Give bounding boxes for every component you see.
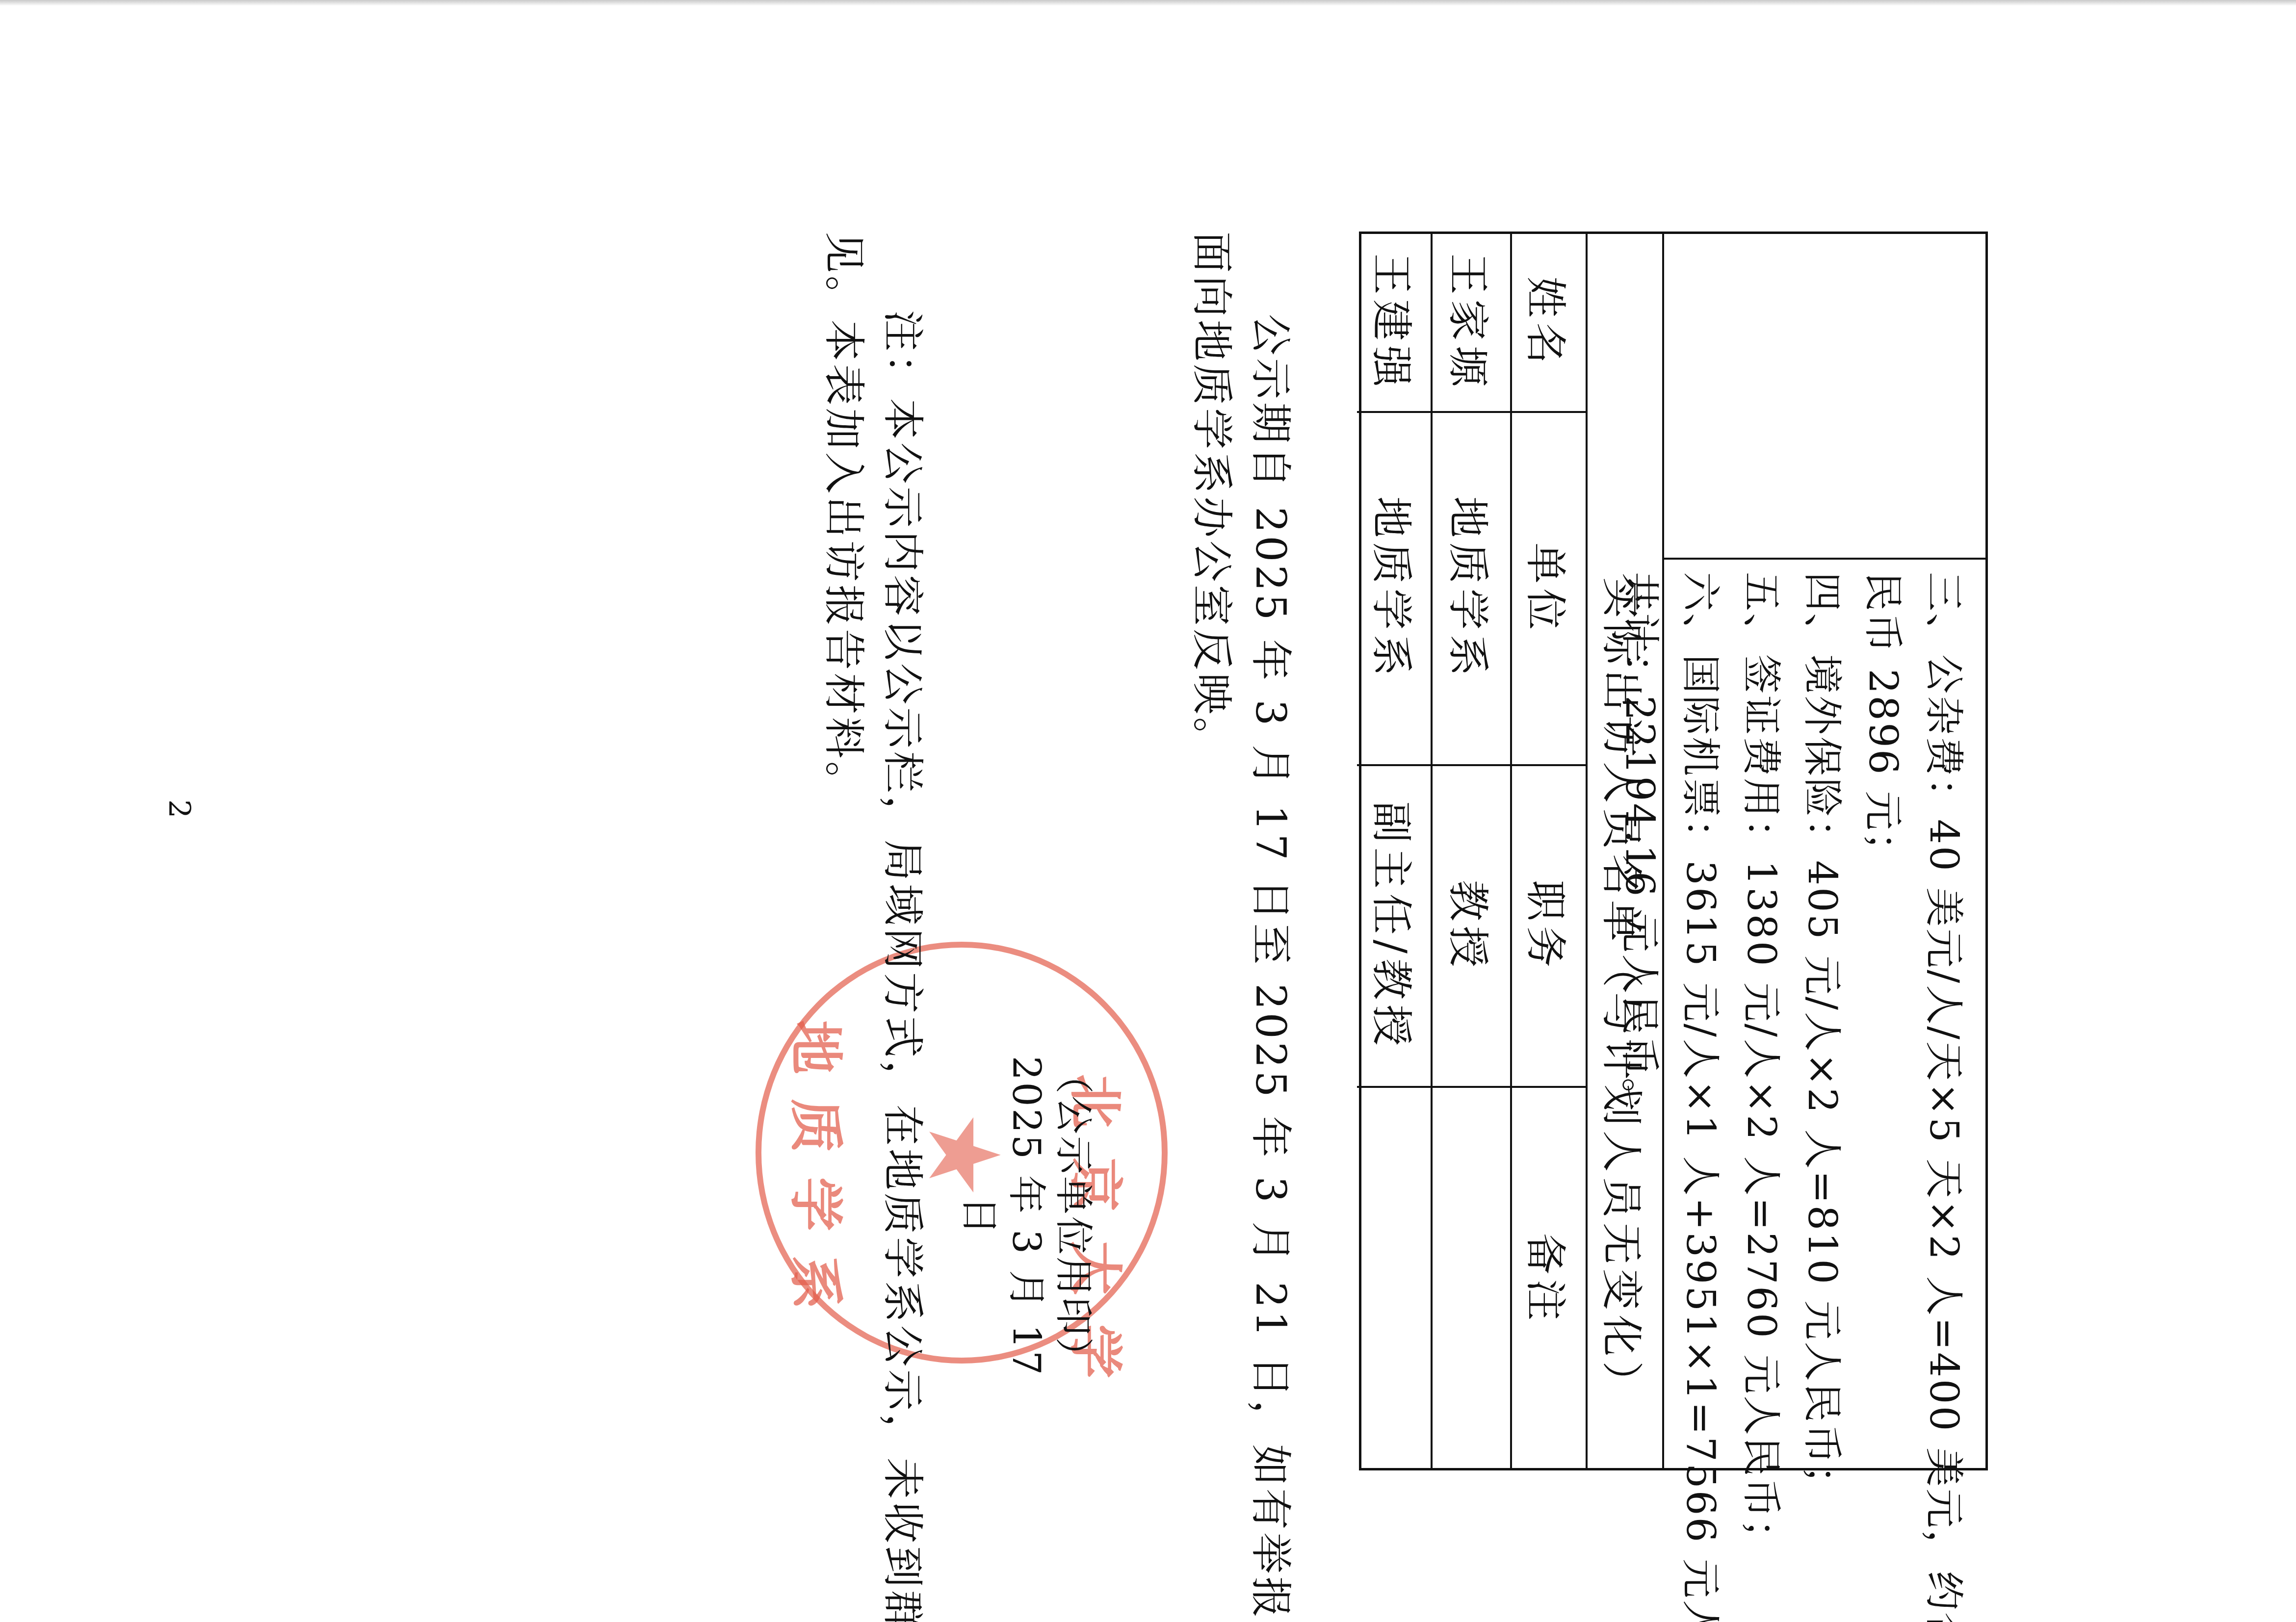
expense-breakdown: 三、公杂费：40 美元/人/天×5 天×2 人=400 美元，约合人 民币 28… [1662,560,1983,1470]
stamp-label: （公示单位用印） [1049,1045,1096,1388]
notice-paragraph: 公示期自 2025 年 3 月 17 日至 2025 年 3 月 21 日，如有… [1182,232,1300,1470]
header-unit: 单位 [1512,413,1586,764]
expense-line: 三、公杂费：40 美元/人/天×5 天×2 人=400 美元，约合人 [1913,572,1974,1459]
table-cell-unit: 地质学系 [1433,413,1510,764]
table-cell-remarks [1359,1088,1431,1470]
table-cell-name: 王家塬 [1433,234,1510,411]
table-cell-position: 教授 [1433,766,1510,1086]
expense-personnel-table: 三、公杂费：40 美元/人/天×5 天×2 人=400 美元，约合人 民币 28… [1359,232,1988,1470]
header-position: 职务 [1512,766,1586,1086]
stamp-date: 2025 年 3 月 17 日 [955,1045,1049,1388]
table-cell-position: 副主任/教授 [1359,766,1431,1086]
note-paragraph: 注：本公示内容以公示栏，局域网方式，在地质学系公示，未收到群众举报意 见。本表加… [814,232,932,1470]
note-line: 注：本公示内容以公示栏，局域网方式，在地质学系公示，未收到群众举报意 [873,232,932,1470]
table-cell-unit: 地质学系 [1359,413,1431,764]
note-line: 见。本表加入出访报告材料。 [814,232,873,1470]
expense-line: 六、国际机票：3615 元/人×1 人+3951×1=7566 元人民币； [1670,572,1731,1459]
header-remarks: 备注 [1512,1088,1586,1470]
notice-line: 面向地质学系办公室反映。 [1182,232,1241,1470]
stamp-block: （公示单位用印） 2025 年 3 月 17 日 [955,1045,1096,1388]
table-cell-name: 王建强 [1359,234,1431,411]
table-rule [1664,558,1985,560]
expense-line: 四、境外保险：405 元/人×2 人=810 元人民币； [1792,572,1852,1459]
table-cell-remarks [1433,1088,1510,1470]
expense-line: 民币 2896 元； [1852,572,1913,1459]
table-title: 实际出访人员名单（与计划人员无变化） [1588,234,1662,1468]
page-number: 2 [162,799,196,818]
expense-line: 五、签证费用：1380 元/人×2 人=2760 元人民币； [1731,572,1792,1459]
notice-line: 公示期自 2025 年 3 月 17 日至 2025 年 3 月 21 日，如有… [1241,232,1300,1470]
document-page: 三、公杂费：40 美元/人/天×5 天×2 人=400 美元，约合人 民币 28… [0,0,2296,1622]
header-name: 姓名 [1512,234,1586,411]
